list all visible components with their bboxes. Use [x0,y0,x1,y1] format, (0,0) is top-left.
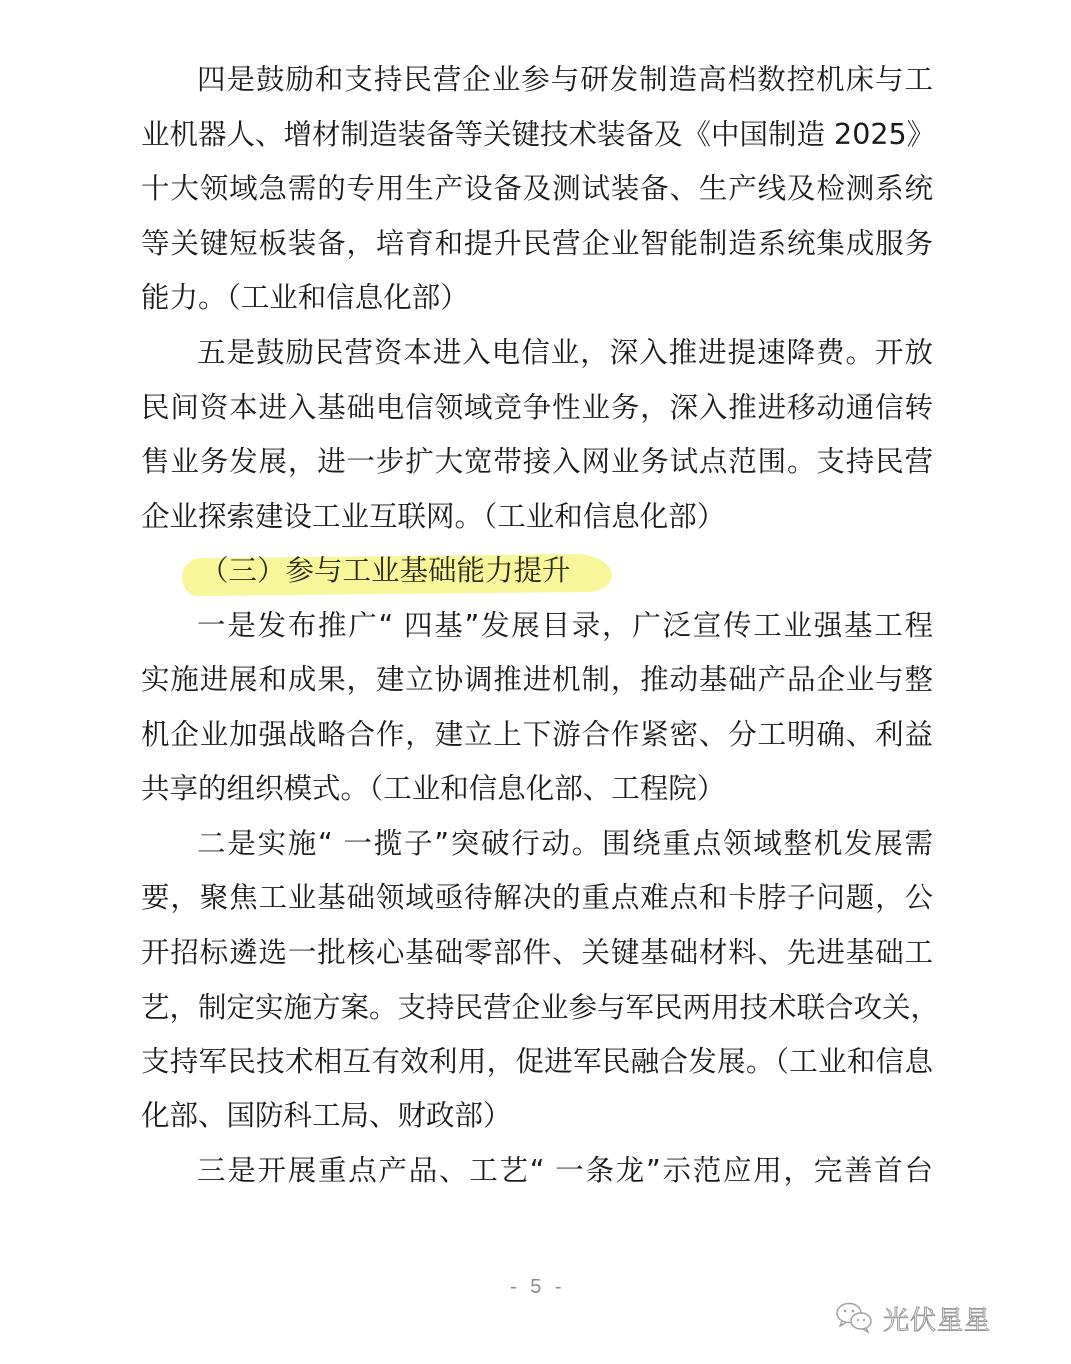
paragraph-line: 实施进展和成果，建立协调推进机制，推动基础产品企业与整 [141,660,933,700]
paragraph-line: 企业探索建设工业互联网。（工业和信息化部） [141,497,933,537]
document-page: 四是鼓励和支持民营企业参与研发制造高档数控机床与工 业机器人、增材制造装备等关键… [0,0,1071,1364]
paragraph-line: 业机器人、增材制造装备等关键技术装备及《中国制造 2025》 [141,115,933,155]
paragraph-line: 支持军民技术相互有效利用，促进军民融合发展。（工业和信息 [141,1042,933,1082]
paragraph-line: 机企业加强战略合作，建立上下游合作紧密、分工明确、利益 [141,715,933,755]
paragraph-line: 化部、国防科工局、财政部） [141,1096,933,1136]
paragraph-line: 四是鼓励和支持民营企业参与研发制造高档数控机床与工 [197,60,933,100]
paragraph-line: 一是发布推广“ 四基”发展目录，广泛宣传工业强基工程 [197,606,933,646]
paragraph-line: 共享的组织模式。（工业和信息化部、工程院） [141,769,933,809]
watermark-text: 光伏星星 [883,1300,991,1337]
watermark: 光伏星星 [835,1300,991,1336]
paragraph-line: 售业务发展，进一步扩大宽带接入网业务试点范围。支持民营 [141,442,933,482]
paragraph-line: 三是开展重点产品、工艺“ 一条龙”示范应用，完善首台 [197,1151,933,1191]
paragraph-line: 能力。（工业和信息化部） [141,278,933,318]
paragraph-line: 二是实施“ 一揽子”突破行动。围绕重点领域整机发展需 [197,824,933,864]
paragraph-line: 五是鼓励民营资本进入电信业，深入推进提速降费。开放 [197,333,933,373]
page-number: - 5 - [510,1276,566,1299]
paragraph-line: 民间资本进入基础电信领域竞争性业务，深入推进移动通信转 [141,388,933,428]
paragraph-line: 艺，制定实施方案。支持民营企业参与军民两用技术联合攻关， [141,988,933,1028]
paragraph-line: 要，聚焦工业基础领域亟待解决的重点难点和卡脖子问题，公 [141,878,933,918]
section-heading: （三）参与工业基础能力提升 [200,551,571,591]
paragraph-line: 开招标遴选一批核心基础零部件、关键基础材料、先进基础工 [141,933,933,973]
paragraph-line: 十大领域急需的专用生产设备及测试装备、生产线及检测系统 [141,169,933,209]
wechat-icon [835,1301,875,1335]
paragraph-line: 等关键短板装备，培育和提升民营企业智能制造系统集成服务 [141,224,933,264]
